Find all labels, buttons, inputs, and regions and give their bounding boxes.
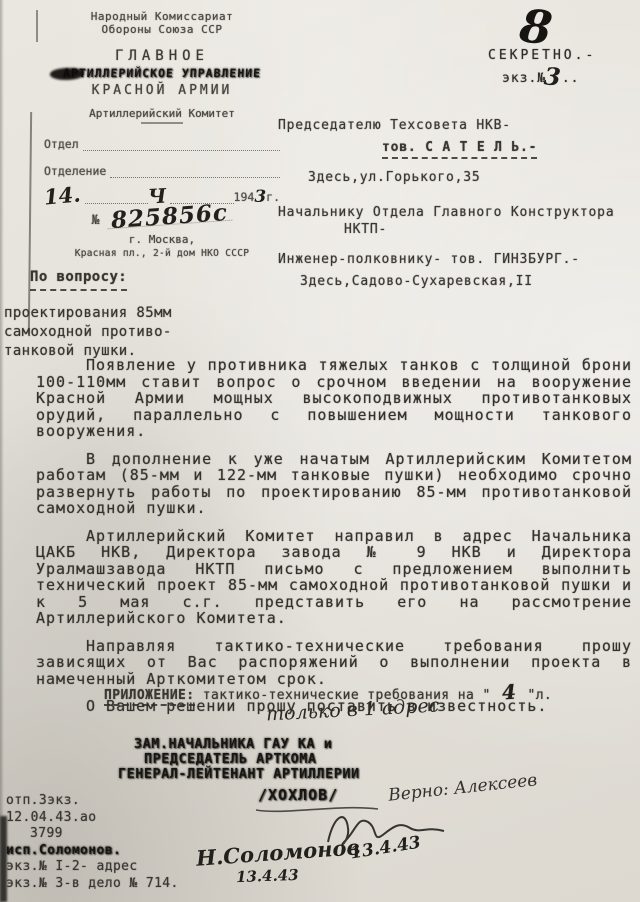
document-page: Народный Комиссариат Обороны Союза ССР Г… <box>0 0 640 902</box>
handwritten-year-digit: 3 <box>254 190 266 204</box>
copy-label: экз.№ <box>502 71 546 86</box>
letterhead-address: Красная пл., 2-й дом НКО СССР <box>44 247 280 260</box>
signature-title-block: ЗАМ.НАЧАЛЬНИКА ГАУ КА и ПРЕДСЕДАТЕЛЬ АРТ… <box>118 737 360 782</box>
copy-number-line: экз.№ 3 .. <box>502 68 580 86</box>
copies-destination1: экз.№ I-2- адрес <box>6 859 179 876</box>
date-blank-line1 <box>85 191 148 204</box>
copy-dots: .. <box>562 71 580 86</box>
subject-label: По вопросу: <box>30 268 127 291</box>
secrecy-stamp: СЕКРЕТНО.- <box>488 48 596 63</box>
handwritten-day: 14. <box>43 186 81 205</box>
paragraph-3: Артиллерийский Комитет направил в адрес … <box>36 528 632 627</box>
section-blank-line <box>110 165 280 178</box>
subject-text: проектирования 85мм самоходной противо- … <box>4 304 226 361</box>
handwritten-sheet-count: 4 <box>498 679 520 704</box>
handwritten-executor-signature: Н.Соломонов <box>195 834 361 870</box>
number-field: № 825856с <box>44 210 280 227</box>
letterhead-city: г. Москва, <box>44 233 280 246</box>
addressee-line4: Начальнику Отдела Главного Конструктора <box>278 205 634 220</box>
date-field: 14. Ч 194 3 г. <box>44 188 280 204</box>
letterhead-main-line3: КРАСНОЙ АРМИИ <box>44 84 280 97</box>
addressee-address1: Здесь,ул.Горького,35 <box>308 170 634 185</box>
body-text: Появление у противника тяжелых танков с … <box>36 357 632 726</box>
executor-name: исп.Соломонов. <box>6 843 179 860</box>
signer-title-line2: ПРЕДСЕДАТЕЛЬ АРТКОМА <box>144 752 360 767</box>
page-edge-shadow <box>0 0 4 902</box>
copies-destination2: экз.№ 3-в дело № 714. <box>6 876 179 893</box>
addressee-line5: НКТП- <box>344 222 634 237</box>
dept-field: Отдел <box>44 138 280 151</box>
dept-label: Отдел <box>44 138 79 151</box>
handwritten-document-number: 825856с <box>107 206 233 230</box>
signer-title-line3: ГЕНЕРАЛ-ЛЕЙТЕНАНТ АРТИЛЛЕРИИ <box>118 767 360 782</box>
paragraph-2: В дополнение к уже начатым Артиллерийски… <box>36 451 632 517</box>
handwritten-copy-number: 3 <box>544 67 563 86</box>
handwritten-date-left: 13.4.43 <box>236 866 299 886</box>
section-field: Отделение <box>44 165 280 178</box>
addressee-line1: Председателю Техсовета НКВ- <box>278 118 634 133</box>
section-label: Отделение <box>44 165 106 178</box>
addressee-address2: Здесь,Садово-Сухаревская,II <box>300 274 634 289</box>
registry-number: 3799 <box>30 826 179 843</box>
letterhead: Народный Комиссариат Обороны Союза ССР Г… <box>44 10 280 260</box>
letterhead-committee: Артиллерийский Комитет <box>44 107 280 124</box>
attachment-text-end: "л. <box>527 688 552 703</box>
signer-title-line1: ЗАМ.НАЧАЛЬНИКА ГАУ КА и <box>134 737 360 752</box>
letterhead-main-line2-text: АРТИЛЛЕРИЙСКОЕ УПРАВЛЕНИЕ <box>63 66 262 80</box>
letterhead-main-line1: ГЛАВНОЕ <box>44 50 280 63</box>
letterhead-organization: Народный Комиссариат Обороны Союза ССР <box>44 10 280 36</box>
print-date: 12.04.43.ао <box>6 810 179 827</box>
copies-printed: отп.3экз. <box>6 793 179 810</box>
footer-block: отп.3экз. 12.04.43.ао 3799 исп.Соломонов… <box>6 793 179 892</box>
number-label: № <box>92 213 100 228</box>
year-typed: 194 <box>234 191 255 204</box>
letterhead-main-line2: АРТИЛЛЕРИЙСКОЕ УПРАВЛЕНИЕ <box>44 67 281 80</box>
addressee-block: Председателю Техсовета НКВ- тов. С А Т Е… <box>278 118 634 289</box>
attachment-label: ПРИЛОЖЕНИЕ: <box>104 688 195 706</box>
addressee-name-satel: тов. С А Т Е Л Ь.- <box>382 140 537 159</box>
addressee-name-ginzburg: Инженер-полковнику- тов. ГИНЗБУРГ.- <box>278 252 634 267</box>
paragraph-1: Появление у противника тяжелых танков с … <box>36 357 632 440</box>
handwritten-month: Ч <box>148 188 167 205</box>
crease-tick <box>36 10 38 42</box>
subject-block: По вопросу: проектирования 85мм самоходн… <box>4 268 226 361</box>
dept-blank-line <box>83 138 280 151</box>
